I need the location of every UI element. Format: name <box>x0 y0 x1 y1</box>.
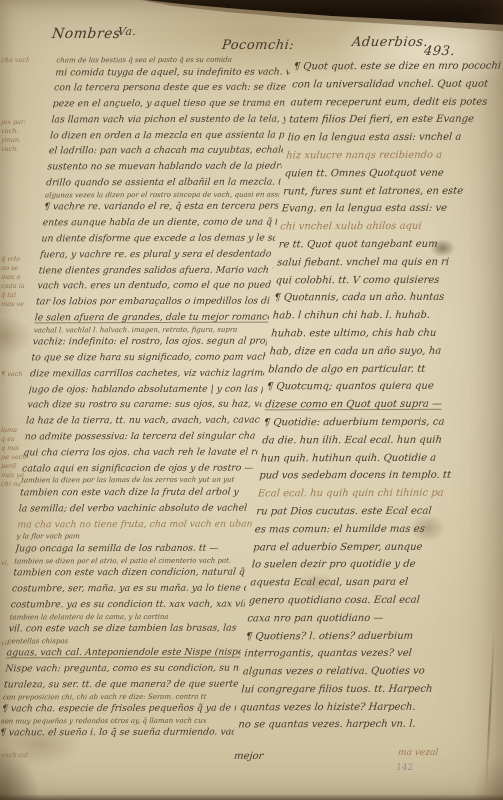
manuscript-line: qui cha cierra los ojos. cha vach reh le… <box>23 444 258 461</box>
manuscript-line: ¶ Quot quot. este se dize en mro pocochi <box>293 58 503 77</box>
manuscript-line: quien tt. Omnes Quotquot vene <box>284 164 498 183</box>
marginal-gloss: vach. <box>1 146 30 154</box>
manuscript-line: con la universalidad vnchel. Quot quot <box>291 75 503 94</box>
running-head-left: Nombres <box>51 26 121 42</box>
manuscript-line: salui fiebant. vnchel ma quis en ri <box>276 253 490 272</box>
manuscript-line: drillo quando se assienta el albañil en … <box>45 175 280 192</box>
manuscript-line: ¶ vach cha. especie de frisoles pequeños… <box>1 701 236 718</box>
manuscript-line: ¶ vachuc. el sueño i. lo q̃ se sueña dur… <box>0 725 235 742</box>
manuscript-line: tambien con este vach dize la fruta del … <box>19 485 254 502</box>
manuscript-line: lo dizen en orden a la mezcla en que ass… <box>49 127 284 144</box>
manuscript-line: la semilla; del verbo vachinic absoluto … <box>18 500 253 517</box>
manuscript-line: re tt. Quot quot tangebant eum <box>278 236 492 255</box>
manuscript-line: es mas comun: el humilde mas es <box>254 520 468 539</box>
manuscript-line: costumbre, ser, maña. ya es su maña. ya … <box>11 580 246 597</box>
manuscript-line: da die. hun ilih. Ecal ecal. hun quih <box>261 431 475 450</box>
manuscript-line: tatem filios Dei fieri, en este Evange <box>288 111 502 130</box>
manuscript-line: interrogantis, quantas vezes? vel <box>244 645 458 664</box>
manuscript-line: chi vnchel xulub ahilos aqui <box>279 218 493 237</box>
marginal-gloss: pa vach <box>1 454 30 462</box>
marginal-gloss: q̃ vrlo <box>1 256 30 264</box>
marginal-gloss: perã <box>1 463 30 471</box>
manuscript-line: no admite possessiva: la tercera del sin… <box>24 429 259 446</box>
manuscript-line: aquesta Ecal ecal, usan para el <box>250 574 464 593</box>
manuscript-line: jugo de ojos: hablando absolutamente | y… <box>28 381 263 398</box>
running-head-section: Aduerbios. <box>351 35 429 50</box>
manuscript-line: ¶ Quotiens? l. otiens? aduerbium <box>245 627 459 646</box>
manuscript-line: dizese como en Quot quot supra — <box>264 396 478 415</box>
manuscript-line: algunas vezes o relativa. Quoties vo <box>242 663 456 682</box>
manuscript-line: Jugo oncaga la semilla de los rabanos. t… <box>15 540 250 557</box>
manuscript-line: ¶ Quotannis, cada un año. huntas <box>273 289 487 308</box>
running-head-left-abbrev: Va. <box>117 25 137 38</box>
marginal-gloss: chi na <box>1 481 30 489</box>
manuscript-line: qui colobhi. tt. V como quisieres <box>275 271 489 290</box>
marginal-gloss: vi. <box>1 560 30 568</box>
manuscript-line: hun quih. hutihun quih. Quotidie a <box>260 449 474 468</box>
manuscript-line: pud vos sedebam docens in templo. tt <box>258 467 472 486</box>
manuscript-line: hiz xulucre nanqs recibiendo a <box>285 147 499 166</box>
page-bottom-shadow <box>0 794 503 800</box>
manuscript-line: el ladrillo: pan vach a chacah ma cuyubt… <box>48 143 283 160</box>
marginal-gloss: cha vach. <box>1 57 30 65</box>
manuscript-line: tambien con este vach dizen condicion, n… <box>13 565 248 582</box>
page-edge-crease <box>485 628 496 793</box>
manuscript-line: autem receperunt eum, dedit eis potes <box>290 93 503 112</box>
manuscript-line: mi comida tuyga de aquel, su indefinito … <box>55 64 290 81</box>
pencil-folio-number: 142 <box>395 763 413 773</box>
manuscript-line: las llaman vach via pichon el sustento d… <box>51 111 286 128</box>
marginal-gloss: loma <box>1 427 30 435</box>
manuscript-line: lo suelen dezir pro quotidie y de <box>251 556 465 575</box>
manuscript-line: para el aduerbio Semper, aunque <box>253 538 467 557</box>
manuscript-line: to que se dize hara su significado, como… <box>31 350 266 367</box>
marginal-gloss: pix par. <box>1 119 30 127</box>
manuscript-line: lui congregare filios tuos. tt. Harpech <box>241 681 455 700</box>
manuscript-line: caxa nro pan quotidiano — <box>247 609 461 628</box>
manuscript-line: la haz de la tierra, tt. nu vach, avach,… <box>25 413 260 430</box>
marginal-gloss: mas o <box>1 274 30 282</box>
manuscript-line: le salen afuera de grandes, dale tu mejo… <box>34 310 269 327</box>
marginal-gloss: mas ya <box>1 472 30 480</box>
manuscript-line: vach vach. eres un dentudo, como el que … <box>37 278 272 295</box>
marginal-gloss: vach cal <box>1 752 30 760</box>
manuscript-line: costumbre. ya es su condicion tt. xax va… <box>10 596 245 613</box>
manuscript-page: Nombres Va. Pocomchi: Aduerbios. 493. ch… <box>0 0 503 800</box>
marginal-gloss: vach. <box>1 128 30 136</box>
marginal-gloss: q mai <box>1 445 30 453</box>
catchword: mejor <box>233 751 263 762</box>
left-marginalia: cha vach.pix par.vach.yman.vach.q̃ vrlon… <box>1 0 29 800</box>
manuscript-line: ¶ Quotcumq; quantos quiera que <box>266 378 480 397</box>
manuscript-line: catalo aqui en significacion de ojos y d… <box>21 460 256 477</box>
manuscript-line: Nispe vach: pregunta, como es su condici… <box>5 661 240 678</box>
manuscript-line: vachiz: indefinito: el rostro, los ojos.… <box>32 334 267 351</box>
manuscript-line: ¶ vachre re. variando el re, q̃ esta en … <box>43 199 278 216</box>
manuscript-line: hab. l chihun chi hab. l. huhab. <box>272 307 486 326</box>
manuscript-line: huhab. este ultimo, chis hab chu <box>270 325 484 344</box>
manuscript-line: blando de algo en particular. tt <box>267 360 481 379</box>
marginal-gloss: ¶ vach <box>1 371 30 379</box>
manuscript-line: fuera, y vachre re. es plural y sera el … <box>39 246 274 263</box>
manuscript-line: vil. con este vach se dize tambien las b… <box>8 621 243 638</box>
manuscript-line: vach dize su rostro su carame: sus ojos,… <box>27 397 262 414</box>
manuscript-line: Evang. en la lengua esta assi: ve <box>281 200 495 219</box>
running-head-language: Pocomchi: <box>221 38 295 53</box>
manuscript-line: quantas vezes lo hiziste? Harpech. <box>239 698 453 717</box>
manuscript-line: tiene dientes grandes salidos afuera. Ma… <box>38 262 273 279</box>
manuscript-line: ¶ Quotidie: aduerbium temporis, ca <box>263 414 477 433</box>
faded-scribble: ma vezal <box>397 748 438 758</box>
manuscript-line: lio en la lengua esta assi: vnchel a <box>287 129 501 148</box>
page-number: 493. <box>423 44 456 59</box>
marginal-gloss: q es <box>1 436 30 444</box>
manuscript-line: peze en el ançuelo, y aquel tieso que se… <box>52 96 287 113</box>
manuscript-line: Ecal ecal. hu quih quin chi tihinic pa <box>257 485 471 504</box>
marginal-gloss: mas ve <box>1 301 30 309</box>
manuscript-line: sustento no se muevan hablando vach de l… <box>47 159 282 176</box>
manuscript-line: con la tercera persona deste que es vach… <box>53 80 288 97</box>
manuscript-line: genero quotidiano cosa. Ecal ecal <box>248 592 462 611</box>
manuscript-line: entes aunque habla de un diente, como de… <box>42 215 277 232</box>
marginal-gloss: q̃ tal <box>1 292 30 300</box>
manuscript-line: ma cha vach no tiene fruta, cha mol vach… <box>17 516 252 533</box>
manuscript-line: no se quantas vezes. harpech vn. l. <box>238 716 452 735</box>
manuscript-line: dize mexillas carrillos cachetes, viz va… <box>29 365 264 382</box>
manuscript-line: ru pat Dios cucutas. este Ecal ecal <box>256 503 470 522</box>
manuscript-line: hab, dize en cada un año suyo, ha <box>269 342 483 361</box>
marginal-gloss: yman. <box>1 137 30 145</box>
manuscript-line: un diente disforme que excede a los dema… <box>41 231 276 248</box>
manuscript-line: turaleza, su ser. tt. de que manera? de … <box>3 676 238 693</box>
marginal-gloss: vil. <box>1 640 30 648</box>
marginal-gloss: no se <box>1 265 30 273</box>
manuscript-line: aguas, vach cal. Anteponiendole este Nis… <box>6 645 241 662</box>
manuscript-line: tar los labios por embaraçallos o impedi… <box>35 294 270 311</box>
marginal-gloss: cada la <box>1 283 30 291</box>
manuscript-line: runt, fures sunt et latrones, en este <box>282 182 496 201</box>
